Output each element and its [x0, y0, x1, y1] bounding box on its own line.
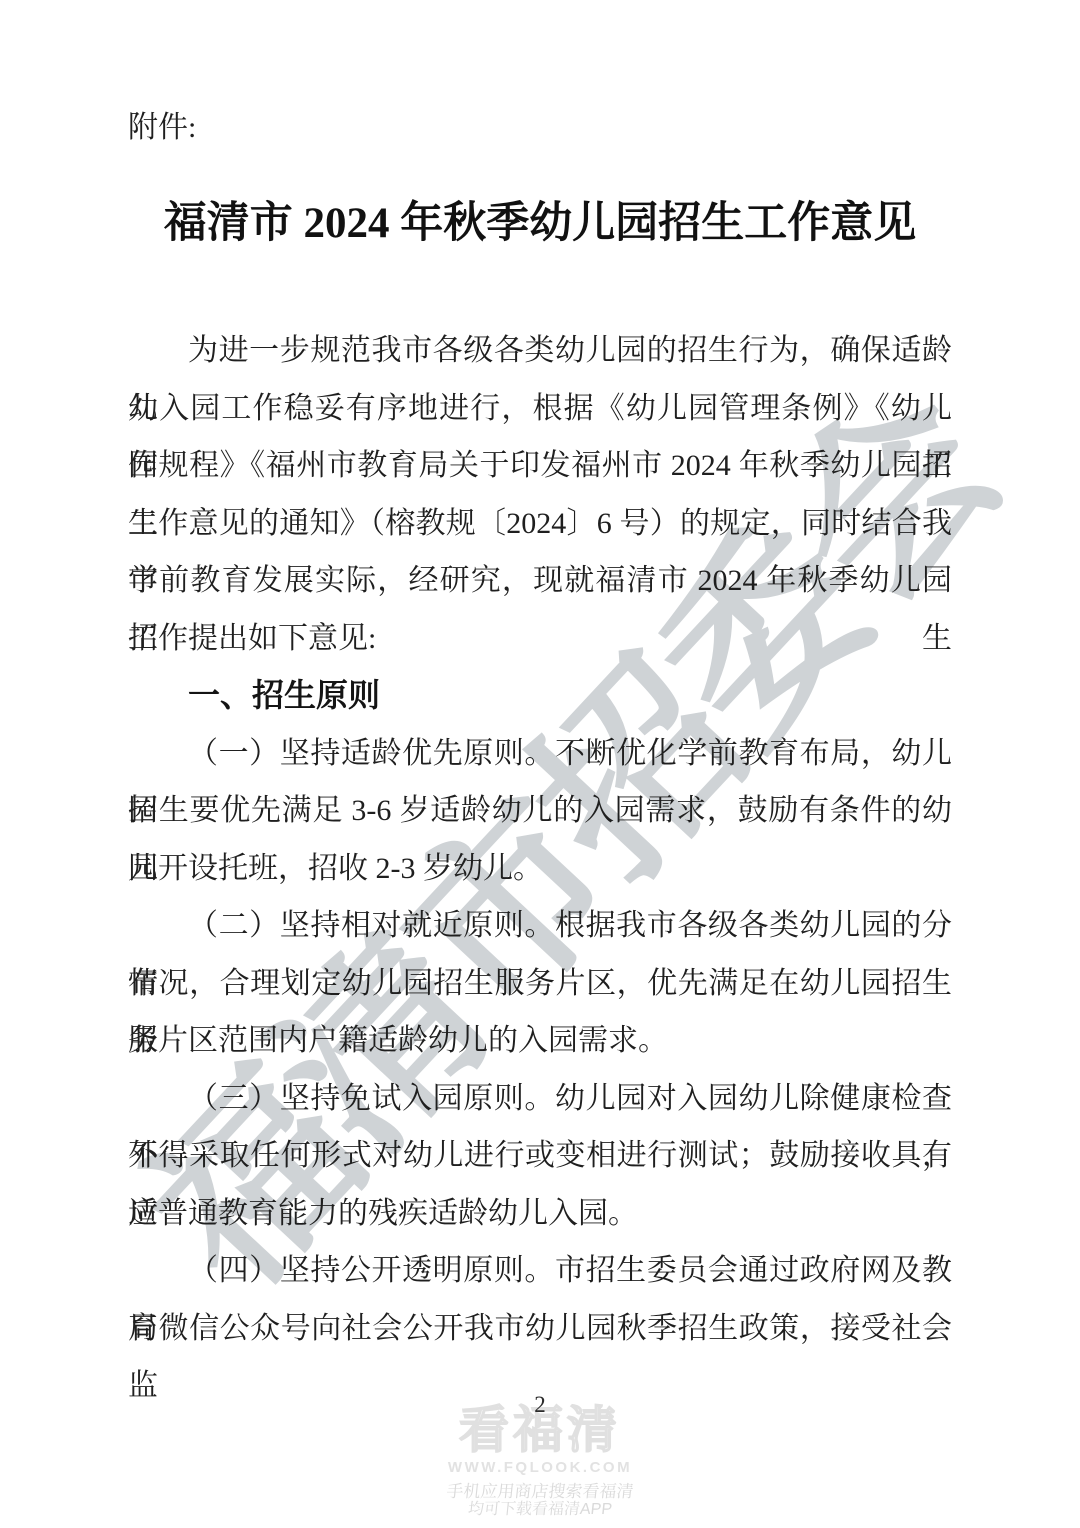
- text-line: （一）坚持适龄优先原则。不断优化学前教育布局，幼儿园: [128, 725, 952, 783]
- page-number: 2: [0, 1392, 1080, 1418]
- text-line: 工作意见的通知》（榕教规〔2024〕6 号）的规定，同时结合我市: [128, 495, 952, 553]
- text-line: 务片区范围内户籍适龄幼儿的入园需求。: [128, 1012, 952, 1070]
- text-line: 不得采取任何形式对幼儿进行或变相进行测试；鼓励接收具有适: [128, 1127, 952, 1185]
- text-line: 应普通教育能力的残疾适龄幼儿入园。: [128, 1185, 952, 1243]
- text-line: （三）坚持免试入园原则。幼儿园对入园幼儿除健康检查外，: [128, 1070, 952, 1128]
- document-body: 为进一步规范我市各级各类幼儿园的招生行为，确保适龄幼 儿入园工作稳妥有序地进行，…: [128, 322, 952, 1357]
- text-line: 为进一步规范我市各级各类幼儿园的招生行为，确保适龄幼: [128, 322, 952, 380]
- document-title: 福清市 2024 年秋季幼儿园招生工作意见: [0, 196, 1080, 252]
- document-page: 福清市招委会 附件: 福清市 2024 年秋季幼儿园招生工作意见 为进一步规范我…: [0, 0, 1080, 1528]
- text-line: 局微信公众号向社会公开我市幼儿园秋季招生政策，接受社会监: [128, 1300, 952, 1358]
- text-line: 作规程》《福州市教育局关于印发福州市 2024 年秋季幼儿园招生: [128, 437, 952, 495]
- document-content: 附件: 福清市 2024 年秋季幼儿园招生工作意见 为进一步规范我市各级各类幼儿…: [0, 0, 1080, 1528]
- text-line: 园开设托班，招收 2-3 岁幼儿。: [128, 840, 952, 898]
- text-line: 招生要优先满足 3-6 岁适龄幼儿的入园需求，鼓励有条件的幼儿: [128, 782, 952, 840]
- attachment-label: 附件:: [128, 108, 196, 148]
- section-heading: 一、招生原则: [128, 667, 952, 725]
- text-line: 儿入园工作稳妥有序地进行，根据《幼儿园管理条例》《幼儿园工: [128, 380, 952, 438]
- text-line: 情况，合理划定幼儿园招生服务片区，优先满足在幼儿园招生服: [128, 955, 952, 1013]
- text-line: （二）坚持相对就近原则。根据我市各级各类幼儿园的分布: [128, 897, 952, 955]
- text-line: 学前教育发展实际，经研究，现就福清市 2024 年秋季幼儿园招生: [128, 552, 952, 610]
- text-line: （四）坚持公开透明原则。市招生委员会通过政府网及教育: [128, 1242, 952, 1300]
